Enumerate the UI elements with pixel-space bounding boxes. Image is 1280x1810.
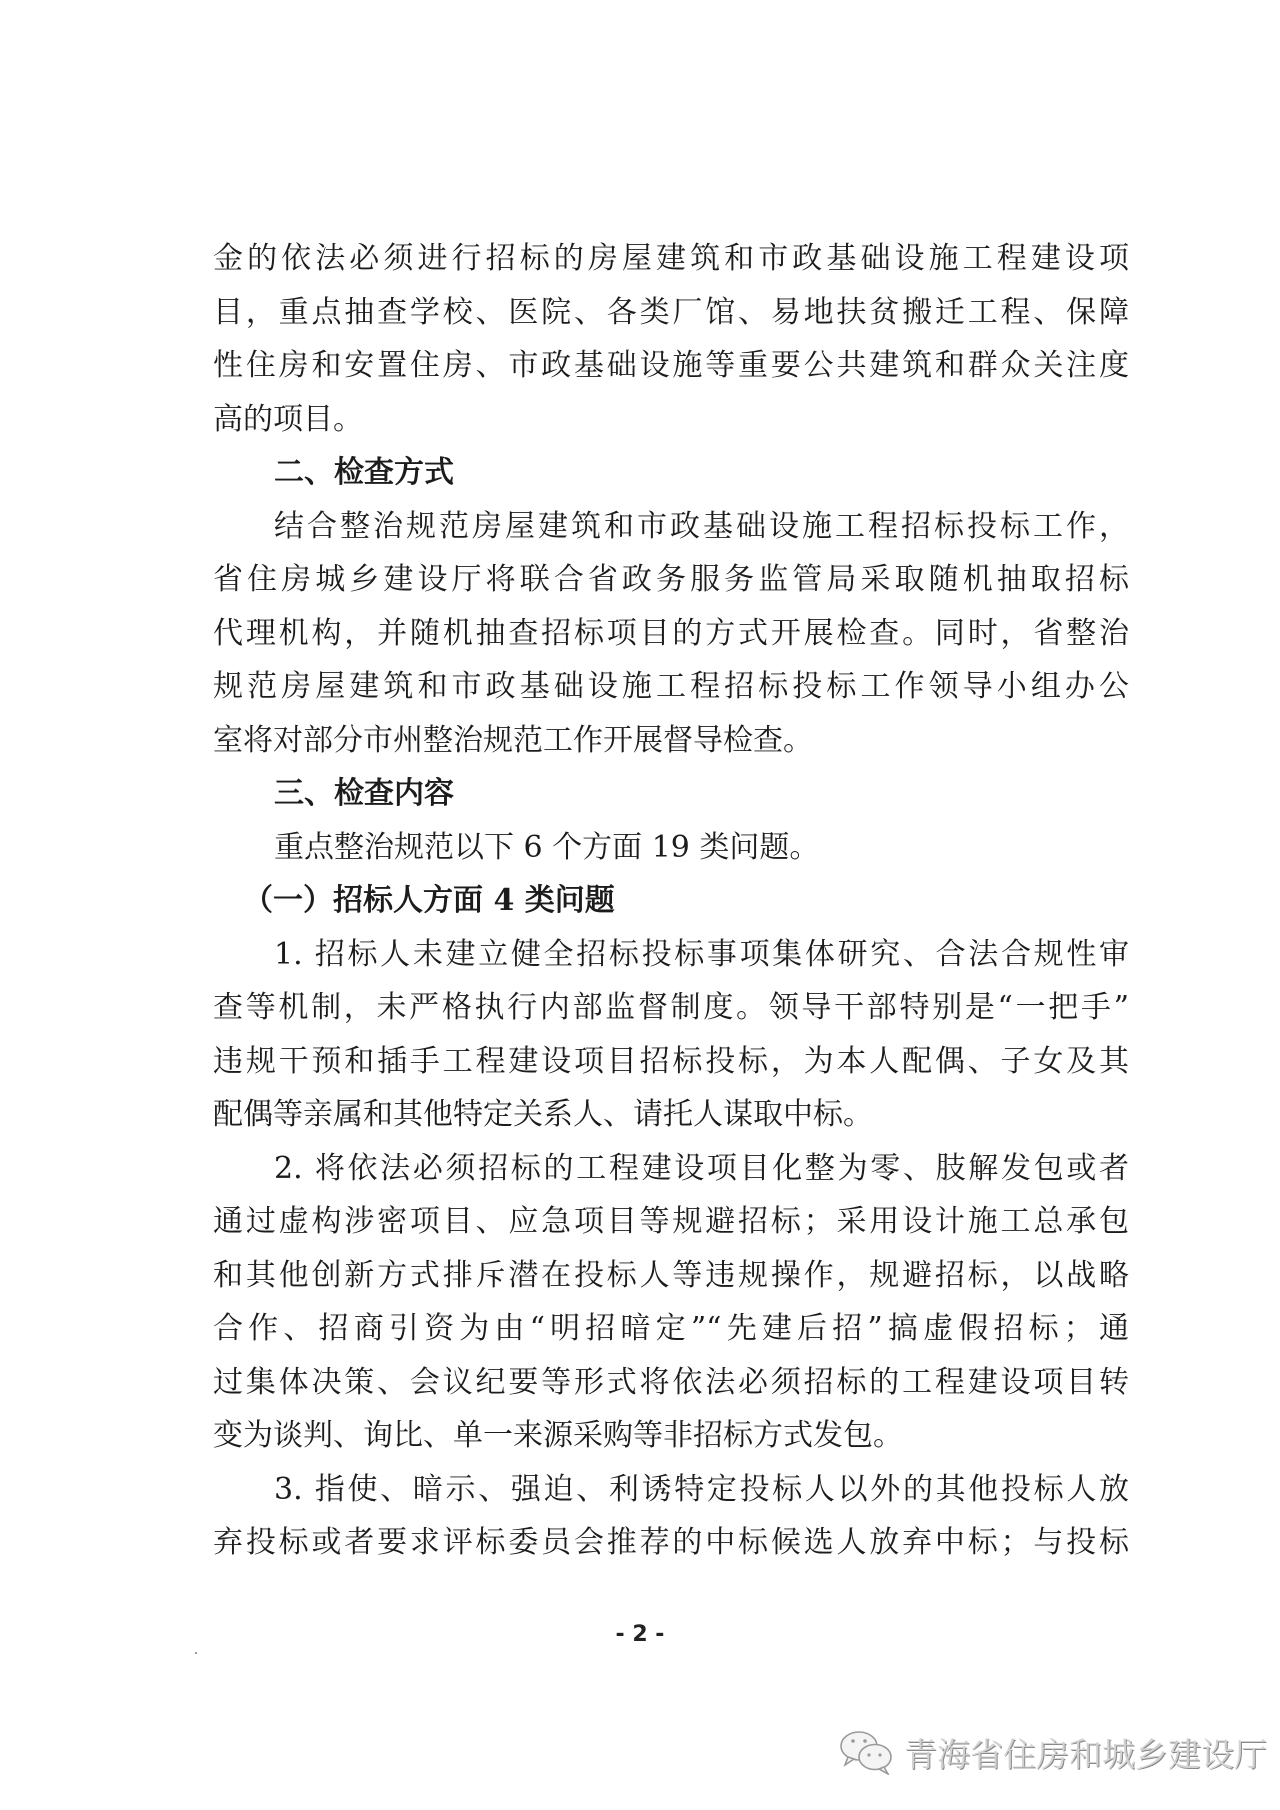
text-line: 通过虚构涉密项目、应急项目等规避招标；采用设计施工总承包 [213,1195,1129,1249]
text-line: 弃投标或者要求评标委员会推荐的中标候选人放弃中标；与投标 [213,1516,1129,1570]
section-heading-inspection-content: 三、检查内容 [213,767,1129,821]
text-line: 室将对部分市州整治规范工作开展督导检查。 [213,714,1129,768]
text-line: 目，重点抽查学校、医院、各类厂馆、易地扶贫搬迁工程、保障 [213,286,1129,340]
text-line: 3. 指使、暗示、强迫、利诱特定投标人以外的其他投标人放 [213,1463,1129,1517]
text-line: 过集体决策、会议纪要等形式将依法必须招标的工程建设项目转 [213,1356,1129,1410]
text-line: 规范房屋建筑和市政基础设施工程招标投标工作领导小组办公 [213,660,1129,714]
section-heading-inspection-method: 二、检查方式 [213,446,1129,500]
text-line: 代理机构，并随机抽查招标项目的方式开展检查。同时，省整治 [213,607,1129,661]
text-line: 2. 将依法必须招标的工程建设项目化整为零、肢解发包或者 [213,1142,1129,1196]
text-line: 金的依法必须进行招标的房屋建筑和市政基础设施工程建设项 [213,232,1129,286]
scan-speck [195,1652,197,1654]
text-line: 查等机制，未严格执行内部监督制度。领导干部特别是“一把手” [213,981,1129,1035]
text-line: 结合整治规范房屋建筑和市政基础设施工程招标投标工作， [213,500,1129,554]
wechat-icon [838,1729,896,1775]
text-line: 重点整治规范以下 6 个方面 19 类问题。 [213,821,1129,875]
text-line: 合作、招商引资为由“明招暗定”“先建后招”搞虚假招标；通 [213,1302,1129,1356]
watermark: 青海省住房和城乡建设厅 [838,1728,1267,1776]
subsection-heading-tenderer: （一）招标人方面 4 类问题 [213,874,1129,928]
text-line: 变为谈判、询比、单一来源采购等非招标方式发包。 [213,1409,1129,1463]
text-line: 和其他创新方式排斥潜在投标人等违规操作，规避招标，以战略 [213,1249,1129,1303]
document-page: 金的依法必须进行招标的房屋建筑和市政基础设施工程建设项 目，重点抽查学校、医院、… [213,232,1129,1570]
text-line: 违规干预和插手工程建设项目招标投标，为本人配偶、子女及其 [213,1035,1129,1089]
text-line: 高的项目。 [213,393,1129,447]
text-line: 1. 招标人未建立健全招标投标事项集体研究、合法合规性审 [213,928,1129,982]
watermark-text: 青海省住房和城乡建设厅 [904,1729,1267,1776]
page-number: - 2 - [0,1622,1280,1647]
text-line: 省住房城乡建设厅将联合省政务服务监管局采取随机抽取招标 [213,553,1129,607]
text-line: 配偶等亲属和其他特定关系人、请托人谋取中标。 [213,1088,1129,1142]
text-line: 性住房和安置住房、市政基础设施等重要公共建筑和群众关注度 [213,339,1129,393]
